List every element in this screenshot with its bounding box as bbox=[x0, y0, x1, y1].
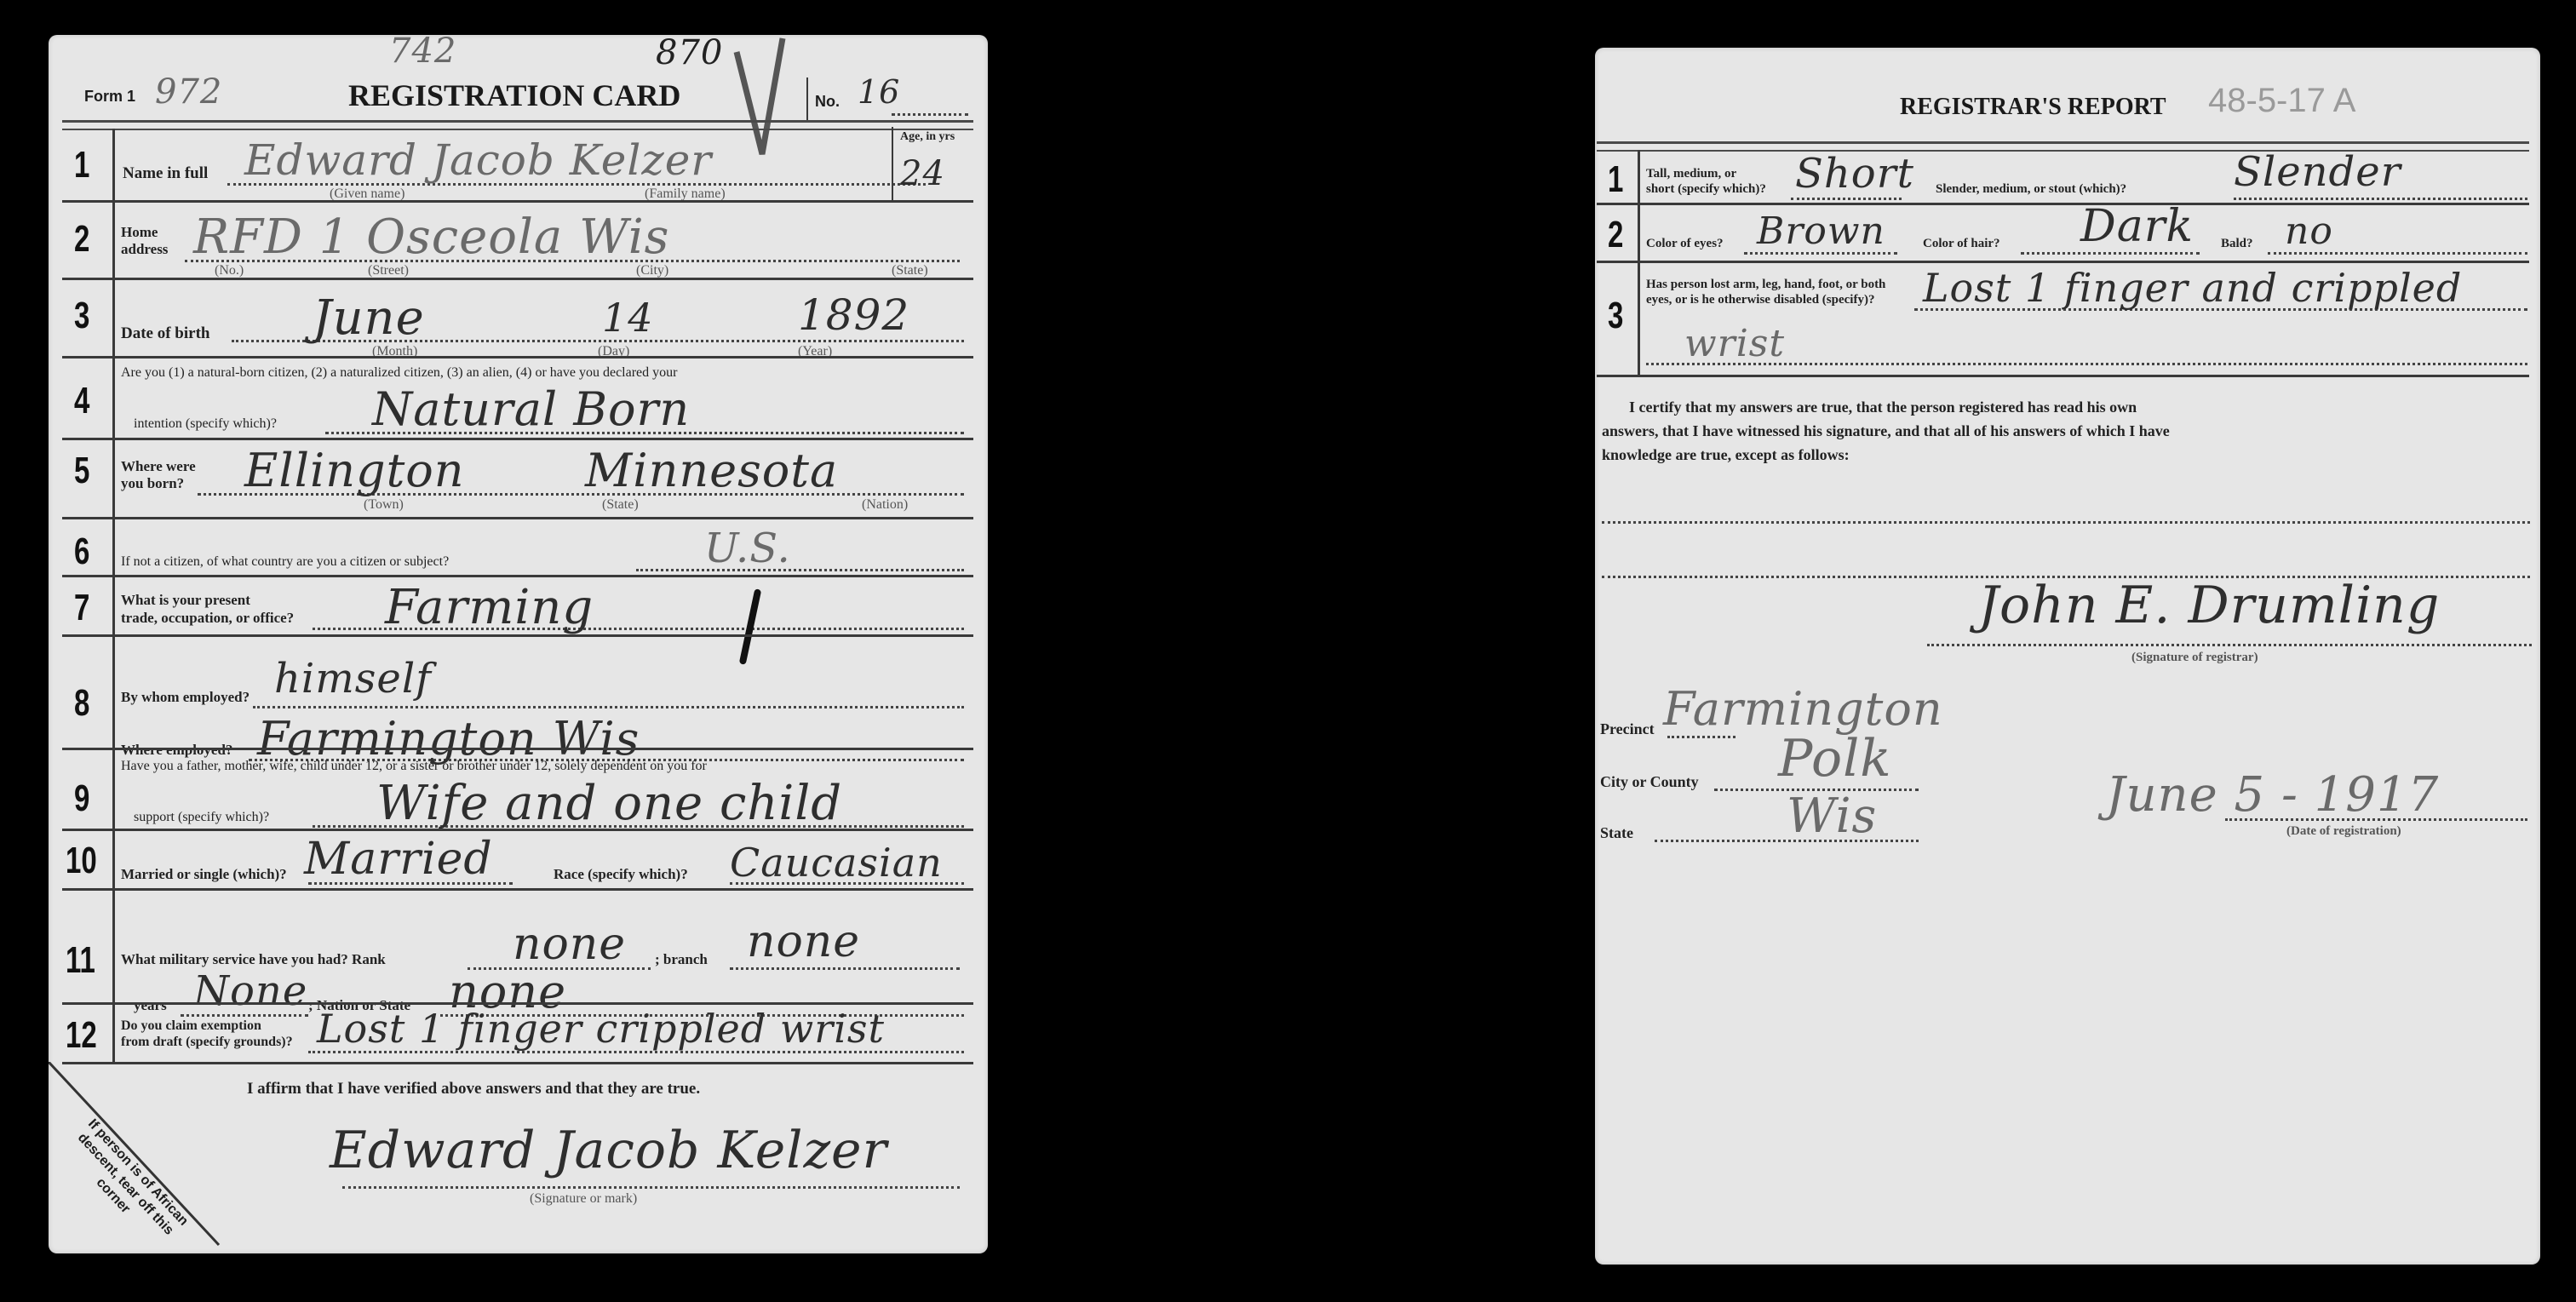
bald-label: Bald? bbox=[2221, 237, 2253, 251]
full-name-value: Edward Jacob Kelzer bbox=[244, 135, 712, 185]
signature-line bbox=[1927, 644, 2532, 646]
citizenship-label: intention (specify which)? bbox=[134, 416, 277, 432]
row-number: 8 bbox=[74, 682, 89, 725]
employer-value: himself bbox=[274, 655, 432, 703]
date-caption: (Date of registration) bbox=[2286, 824, 2401, 839]
row-divider bbox=[62, 575, 973, 577]
row-number: 9 bbox=[74, 777, 89, 820]
height-value: Short bbox=[1795, 150, 1914, 198]
no-label: No. bbox=[815, 93, 840, 111]
exemption-label: from draft (specify grounds)? bbox=[121, 1035, 293, 1050]
registrars-report-card: REGISTRAR'S REPORT 48-5-17 A 1 Tall, med… bbox=[1595, 48, 2540, 1265]
sub-caption: (Street) bbox=[368, 263, 409, 278]
date-line bbox=[2225, 818, 2527, 821]
row-divider bbox=[62, 634, 973, 637]
eye-color-value: Brown bbox=[1757, 209, 1885, 253]
dotted-line bbox=[2021, 252, 2200, 255]
row-divider bbox=[62, 278, 973, 280]
dotted-line bbox=[253, 706, 964, 708]
military-branch-value: none bbox=[747, 916, 860, 967]
row-number: 1 bbox=[74, 144, 89, 186]
disability-label: Has person lost arm, leg, hand, foot, or… bbox=[1646, 278, 1885, 292]
dob-label: Date of birth bbox=[121, 324, 209, 343]
name-label: Name in full bbox=[123, 164, 208, 183]
row-number: 7 bbox=[74, 587, 89, 629]
dob-month: June bbox=[313, 290, 425, 346]
row-divider bbox=[1597, 375, 2529, 377]
handwritten-number-top: 742 bbox=[389, 32, 456, 71]
employment-place-label: Where employed? bbox=[121, 742, 232, 759]
registration-date: June 5 - 1917 bbox=[2106, 767, 2439, 823]
county-value: Polk bbox=[1778, 729, 1892, 789]
header-divider bbox=[806, 77, 808, 120]
row-divider bbox=[1597, 261, 2529, 263]
military-years-label: years bbox=[134, 997, 167, 1014]
row-divider bbox=[62, 829, 973, 831]
row-number: 10 bbox=[66, 840, 97, 882]
dotted-line bbox=[2234, 198, 2527, 200]
state-label: State bbox=[1600, 824, 1633, 842]
dotted-line bbox=[1667, 736, 1736, 738]
row-number: 3 bbox=[74, 295, 89, 337]
signature-caption: (Signature or mark) bbox=[530, 1191, 637, 1207]
hair-color-label: Color of hair? bbox=[1923, 237, 2000, 251]
address-label: address bbox=[121, 241, 168, 258]
dependents-value: Wife and one child bbox=[376, 776, 842, 831]
citizenship-question: Are you (1) a natural-born citizen, (2) … bbox=[121, 365, 677, 381]
county-label: City or County bbox=[1600, 773, 1699, 791]
disability-value: Lost 1 finger and crippled bbox=[1923, 265, 2462, 311]
marital-value: Married bbox=[304, 834, 493, 885]
number-column-divider bbox=[112, 129, 115, 1062]
checkmark-icon bbox=[730, 35, 789, 163]
sub-caption: (Nation) bbox=[862, 497, 908, 513]
race-value: Caucasian bbox=[730, 840, 943, 886]
foreign-citizen-label: If not a citizen, of what country are yo… bbox=[121, 554, 449, 570]
employment-place-value: Farmington Wis bbox=[257, 712, 640, 766]
form-number-handwritten: 972 bbox=[155, 72, 222, 112]
dotted-line bbox=[730, 967, 960, 970]
row-number: 2 bbox=[74, 218, 89, 261]
registrant-signature: Edward Jacob Kelzer bbox=[330, 1121, 887, 1180]
tally-mark bbox=[739, 588, 762, 665]
sub-caption: (No.) bbox=[215, 263, 244, 278]
sub-caption: (Town) bbox=[364, 497, 404, 513]
registration-card: Form 1 972 742 870 REGISTRATION CARD No.… bbox=[49, 35, 988, 1253]
certify-statement: I certify that my answers are true, that… bbox=[1629, 399, 2137, 416]
certify-statement: answers, that I have witnessed his signa… bbox=[1602, 422, 2170, 440]
build-label: Slender, medium, or stout (which)? bbox=[1936, 182, 2126, 197]
dependents-question: Have you a father, mother, wife, child u… bbox=[121, 759, 707, 774]
row-divider bbox=[62, 438, 973, 440]
precinct-label: Precinct bbox=[1600, 720, 1655, 738]
military-rank-label: What military service have you had? Rank bbox=[121, 951, 386, 968]
birth-state: Minnesota bbox=[585, 444, 838, 497]
row-number: 5 bbox=[74, 450, 89, 492]
report-title: REGISTRAR'S REPORT bbox=[1900, 94, 2166, 121]
affirm-statement: I affirm that I have verified above answ… bbox=[247, 1080, 700, 1098]
row-divider bbox=[62, 748, 973, 750]
military-years-value: None bbox=[193, 967, 307, 1015]
age-label: Age, in yrs bbox=[900, 130, 955, 144]
row-number: 2 bbox=[1608, 214, 1623, 256]
sub-caption: (State) bbox=[892, 263, 928, 278]
occupation-label: trade, occupation, or office? bbox=[121, 610, 294, 627]
row-divider bbox=[62, 517, 973, 519]
row-number: 3 bbox=[1608, 295, 1623, 337]
sub-caption: (State) bbox=[602, 497, 639, 513]
military-branch-label: ; branch bbox=[655, 951, 708, 968]
row-divider bbox=[1597, 203, 2529, 205]
row-number: 1 bbox=[1608, 158, 1623, 201]
disability-label: eyes, or is he otherwise disabled (speci… bbox=[1646, 293, 1874, 307]
registrar-caption: (Signature of registrar) bbox=[2131, 651, 2258, 665]
birth-town: Ellington bbox=[244, 444, 465, 497]
citizenship-value: Natural Born bbox=[372, 382, 690, 436]
dotted-line bbox=[1791, 198, 1902, 200]
row-number: 6 bbox=[74, 531, 89, 573]
employer-label: By whom employed? bbox=[121, 689, 250, 706]
bald-value: no bbox=[2285, 209, 2333, 253]
disability-value-cont: wrist bbox=[1684, 322, 1785, 365]
row-number: 11 bbox=[66, 939, 95, 982]
dotted-line bbox=[892, 113, 968, 116]
marital-label: Married or single (which)? bbox=[121, 866, 287, 883]
birthplace-label: Where were bbox=[121, 458, 196, 475]
dependents-label: support (specify which)? bbox=[134, 810, 269, 825]
state-value: Wis bbox=[1787, 789, 1877, 844]
build-value: Slender bbox=[2234, 148, 2401, 196]
row-divider bbox=[62, 200, 973, 203]
eye-color-label: Color of eyes? bbox=[1646, 237, 1724, 251]
age-value: 24 bbox=[900, 154, 945, 193]
stamp-number: 48-5-17 A bbox=[2208, 82, 2355, 120]
sub-caption: (City) bbox=[636, 263, 668, 278]
row-divider bbox=[62, 1002, 973, 1005]
row-number: 4 bbox=[74, 380, 89, 422]
age-divider bbox=[892, 127, 893, 202]
header-rule bbox=[62, 120, 973, 130]
address-label: Home bbox=[121, 224, 158, 241]
card-number: 16 bbox=[858, 73, 900, 111]
height-label: Tall, medium, or bbox=[1646, 167, 1736, 181]
row-divider bbox=[62, 888, 973, 891]
hair-color-value: Dark bbox=[2080, 201, 2194, 252]
handwritten-number-870: 870 bbox=[656, 33, 723, 72]
occupation-label: What is your present bbox=[121, 592, 250, 609]
exceptions-line bbox=[1602, 521, 2530, 524]
form-label: Form 1 bbox=[84, 88, 135, 106]
card-title: REGISTRATION CARD bbox=[348, 77, 680, 113]
dotted-line bbox=[636, 569, 964, 571]
dob-year: 1892 bbox=[798, 290, 909, 340]
signature-line bbox=[342, 1186, 960, 1189]
exemption-label: Do you claim exemption bbox=[121, 1018, 261, 1034]
military-rank-value: none bbox=[513, 919, 626, 970]
birthplace-label: you born? bbox=[121, 475, 184, 492]
race-label: Race (specify which)? bbox=[554, 866, 688, 883]
certify-statement: knowledge are true, except as follows: bbox=[1602, 446, 1850, 464]
registrar-signature: John E. Drumling bbox=[1978, 576, 2440, 635]
row-number: 12 bbox=[66, 1014, 97, 1057]
occupation-value: Farming bbox=[385, 580, 594, 635]
exemption-value: Lost 1 finger crippled wrist bbox=[317, 1006, 885, 1052]
home-address-value: RFD 1 Osceola Wis bbox=[193, 209, 669, 265]
precinct-value: Farmington bbox=[1663, 682, 1943, 736]
dob-day: 14 bbox=[602, 295, 654, 341]
height-label: short (specify which)? bbox=[1646, 182, 1766, 197]
row-divider bbox=[62, 356, 973, 358]
foreign-citizen-value: U.S. bbox=[704, 525, 791, 572]
